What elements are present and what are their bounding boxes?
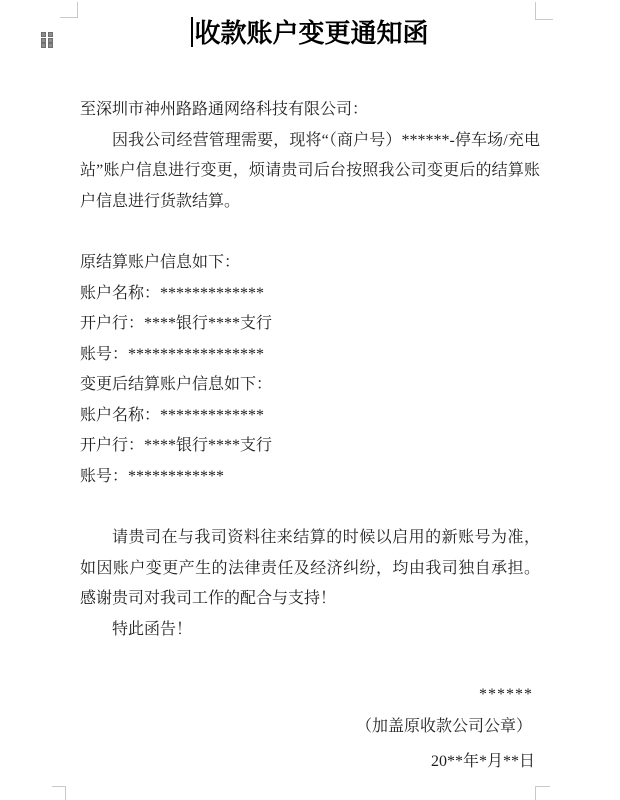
closing-paragraph[interactable]: 请贵司在与我司资料往来结算的时候以启用的新账号为准，如因账户变更产生的法律责任及… [80, 523, 540, 615]
drag-handle-dot [49, 39, 52, 42]
document-title-text: 收款账户变更通知函 [194, 19, 428, 48]
original-account-bank[interactable]: 开户行：****银行****支行 [80, 309, 540, 340]
new-account-name[interactable]: 账户名称：************* [80, 401, 540, 432]
signature-block: ****** （加盖原收款公司公章） 20**年*月**日 [0, 679, 620, 778]
drag-handle-dot [42, 39, 45, 42]
letter-body: 至深圳市神州路路通网络科技有限公司： 因我公司经营管理需要，现将“（商户号）**… [0, 95, 620, 645]
new-account-bank[interactable]: 开户行：****银行****支行 [80, 431, 540, 462]
original-account-name[interactable]: 账户名称：************* [80, 279, 540, 310]
margin-mark-bottom-left [52, 786, 66, 800]
margin-mark-top-left [60, 2, 78, 18]
signature-seal-note[interactable]: （加盖原收款公司公章） [80, 711, 535, 743]
notice-line[interactable]: 特此函告！ [80, 615, 540, 646]
drag-handle-dot [49, 33, 52, 36]
document-title[interactable]: 收款账户变更通知函 [0, 0, 620, 52]
drag-handle[interactable] [42, 33, 52, 47]
new-account-heading[interactable]: 变更后结算账户信息如下： [80, 370, 540, 401]
recipient-line[interactable]: 至深圳市神州路路通网络科技有限公司： [80, 95, 540, 126]
document-page: 收款账户变更通知函 至深圳市神州路路通网络科技有限公司： 因我公司经营管理需要，… [0, 0, 620, 800]
signature-company-masked[interactable]: ****** [80, 679, 535, 711]
margin-mark-bottom-right [535, 786, 550, 800]
original-account-number[interactable]: 账号：***************** [80, 340, 540, 371]
drag-handle-dot [49, 44, 52, 47]
signature-date[interactable]: 20**年*月**日 [80, 746, 535, 778]
drag-handle-dot [42, 33, 45, 36]
intro-paragraph[interactable]: 因我公司经营管理需要，现将“（商户号）******-停车场/充电站”账户信息进行… [80, 126, 540, 218]
margin-mark-top-right [535, 2, 553, 20]
new-account-number[interactable]: 账号：************ [80, 462, 540, 493]
original-account-heading[interactable]: 原结算账户信息如下： [80, 248, 540, 279]
drag-handle-dot [42, 44, 45, 47]
